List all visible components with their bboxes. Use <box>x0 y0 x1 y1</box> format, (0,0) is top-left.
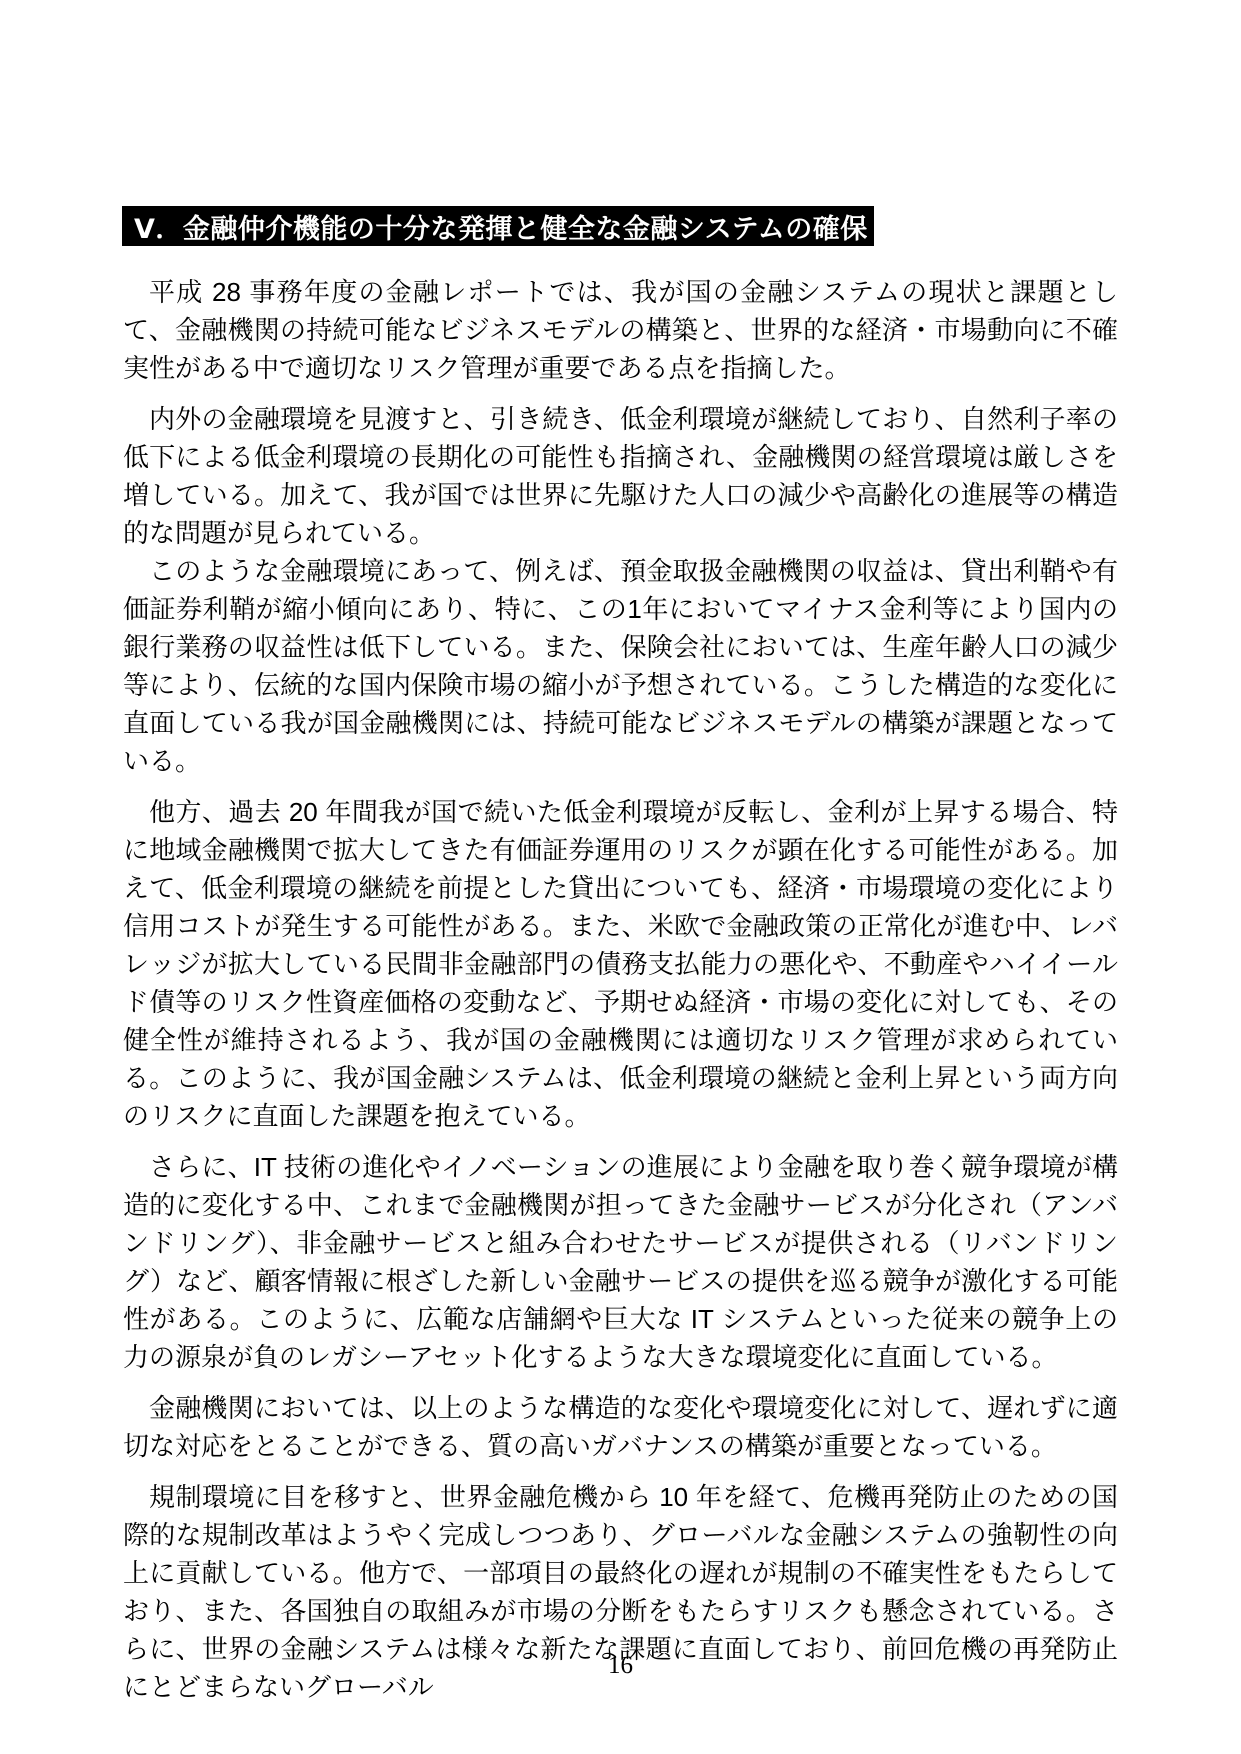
paragraph-1: 平成 28 事務年度の金融レポートでは、我が国の金融システムの現状と課題として、… <box>123 273 1118 387</box>
document-page: Ⅴ．金融仲介機能の十分な発揮と健全な金融システムの確保 平成 28 事務年度の金… <box>0 0 1241 1754</box>
document-body: 平成 28 事務年度の金融レポートでは、我が国の金融システムの現状と課題として、… <box>123 273 1118 1706</box>
paragraph-3: このような金融環境にあって、例えば、預金取扱金融機関の収益は、貸出利鞘や有価証券… <box>123 552 1118 780</box>
paragraph-6: 金融機関においては、以上のような構造的な変化や環境変化に対して、遅れずに適切な対… <box>123 1389 1118 1465</box>
paragraph-2: 内外の金融環境を見渡すと、引き続き、低金利環境が継続しており、自然利子率の低下に… <box>123 400 1118 552</box>
page-number: 16 <box>0 1652 1241 1680</box>
paragraph-4: 他方、過去 20 年間我が国で続いた低金利環境が反転し、金利が上昇する場合、特に… <box>123 793 1118 1135</box>
section-heading: Ⅴ．金融仲介機能の十分な発揮と健全な金融システムの確保 <box>134 207 868 246</box>
paragraph-5: さらに、IT 技術の進化やイノベーションの進展により金融を取り巻く競争環境が構造… <box>123 1148 1118 1376</box>
section-heading-bar: Ⅴ．金融仲介機能の十分な発揮と健全な金融システムの確保 <box>122 206 874 246</box>
